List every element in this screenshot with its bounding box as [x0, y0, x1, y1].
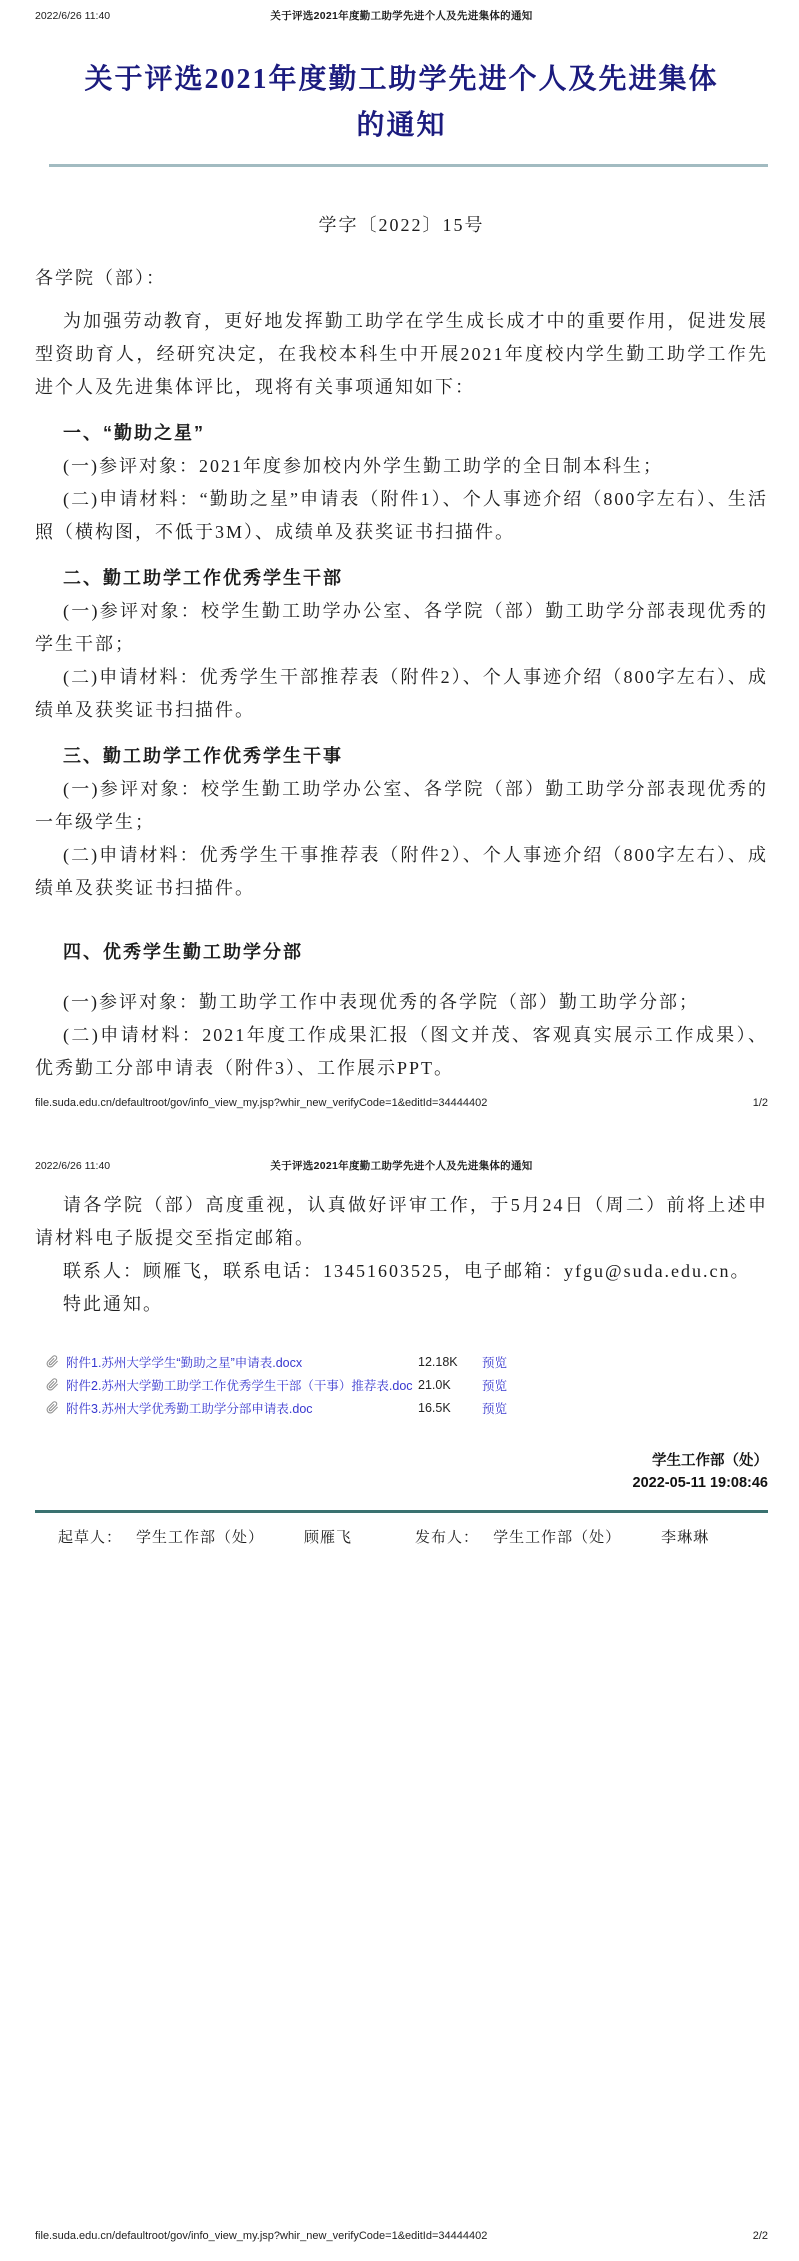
- section-4-heading: 四、优秀学生勤工助学分部: [35, 936, 768, 969]
- publisher-department: 学生工作部（处）: [493, 1526, 621, 1547]
- document-title-line1: 关于评选2021年度勤工助学先进个人及先进集体: [35, 57, 768, 103]
- print-preview-document: { "chrome": { "print_date": "2022/6/26 1…: [0, 0, 799, 2261]
- title-divider: [49, 164, 768, 167]
- preview-link[interactable]: 预览: [482, 1399, 507, 1417]
- drafter-label: 起草人：: [58, 1526, 122, 1547]
- section-2-item-1: (一)参评对象：校学生勤工助学办公室、各学院（部）勤工助学分部表现优秀的学生干部…: [35, 595, 768, 661]
- signature-divider: [35, 1510, 768, 1513]
- document-title: 关于评选2021年度勤工助学先进个人及先进集体 的通知: [35, 57, 768, 149]
- draft-publish-meta: 起草人： 学生工作部（处） 顾雁飞 发布人： 学生工作部（处） 李琳琳: [35, 1526, 768, 1547]
- page-number: 1/2: [753, 1097, 768, 1109]
- document-number: 学字〔2022〕15号: [35, 211, 768, 237]
- publisher-name: 李琳琳: [661, 1526, 709, 1547]
- page-number: 2/2: [753, 2230, 768, 2242]
- publisher-label: 发布人：: [415, 1526, 479, 1547]
- signature-block: 学生工作部（处） 2022-05-11 19:08:46: [35, 1450, 768, 1494]
- section-1-item-1: (一)参评对象：2021年度参加校内外学生勤工助学的全日制本科生；: [35, 450, 768, 483]
- print-header-page1: 2022/6/26 11:40 关于评选2021年度勤工助学先进个人及先进集体的…: [35, 0, 768, 23]
- attachment-size: 21.0K: [418, 1378, 480, 1392]
- drafter-name: 顾雁飞: [304, 1526, 352, 1547]
- section-3-heading: 三、勤工助学工作优秀学生干事: [35, 740, 768, 773]
- print-footer-page2: file.suda.edu.cn/defaultroot/gov/info_vi…: [35, 2230, 768, 2242]
- section-4-item-2: (二)申请材料：2021年度工作成果汇报（图文并茂、客观真实展示工作成果）、优秀…: [35, 1019, 768, 1085]
- page-1: 2022/6/26 11:40 关于评选2021年度勤工助学先进个人及先进集体的…: [0, 0, 799, 1085]
- attachment-size: 12.18K: [418, 1355, 480, 1369]
- closing-paragraph: 请各学院（部）高度重视，认真做好评审工作，于5月24日（周二）前将上述申请材料电…: [35, 1189, 768, 1255]
- attachment-list: 附件1.苏州大学学生“勤助之星”申请表.docx 12.18K 预览 附件2.苏…: [35, 1350, 768, 1419]
- preview-link[interactable]: 预览: [482, 1376, 507, 1394]
- preview-link[interactable]: 预览: [482, 1353, 507, 1371]
- attachment-link[interactable]: 附件3.苏州大学优秀勤工助学分部申请表.doc: [66, 1399, 418, 1417]
- print-header-page2: 2022/6/26 11:40 关于评选2021年度勤工助学先进个人及先进集体的…: [35, 1150, 768, 1173]
- paperclip-icon: [46, 1401, 59, 1414]
- attachment-link[interactable]: 附件1.苏州大学学生“勤助之星”申请表.docx: [66, 1353, 418, 1371]
- intro-paragraph: 为加强劳动教育，更好地发挥勤工助学在学生成长成才中的重要作用，促进发展型资助育人…: [35, 305, 768, 404]
- document-title-line2: 的通知: [35, 103, 768, 149]
- print-date: 2022/6/26 11:40: [35, 10, 205, 22]
- print-footer-page1: file.suda.edu.cn/defaultroot/gov/info_vi…: [35, 1097, 768, 1109]
- paperclip-icon: [46, 1378, 59, 1391]
- attachment-size: 16.5K: [418, 1401, 480, 1415]
- attachment-row: 附件3.苏州大学优秀勤工助学分部申请表.doc 16.5K 预览: [46, 1396, 768, 1419]
- contact-line: 联系人：顾雁飞，联系电话：13451603525，电子邮箱：yfgu@suda.…: [35, 1255, 768, 1288]
- section-4-item-1: (一)参评对象：勤工助学工作中表现优秀的各学院（部）勤工助学分部；: [35, 986, 768, 1019]
- section-2-item-2: (二)申请材料：优秀学生干部推荐表（附件2）、个人事迹介绍（800字左右）、成绩…: [35, 661, 768, 727]
- signature-department: 学生工作部（处）: [35, 1450, 768, 1472]
- attachment-row: 附件1.苏州大学学生“勤助之星”申请表.docx 12.18K 预览: [46, 1350, 768, 1373]
- signature-datetime: 2022-05-11 19:08:46: [35, 1472, 768, 1494]
- section-2-heading: 二、勤工助学工作优秀学生干部: [35, 562, 768, 595]
- attachment-row: 附件2.苏州大学勤工助学工作优秀学生干部（干事）推荐表.doc 21.0K 预览: [46, 1373, 768, 1396]
- print-header-title: 关于评选2021年度勤工助学先进个人及先进集体的通知: [205, 1158, 598, 1173]
- section-1-item-2: (二)申请材料：“勤助之星”申请表（附件1）、个人事迹介绍（800字左右）、生活…: [35, 483, 768, 549]
- section-1-heading: 一、“勤助之星”: [35, 417, 768, 450]
- print-date: 2022/6/26 11:40: [35, 1160, 205, 1172]
- section-3-item-2: (二)申请材料：优秀学生干事推荐表（附件2）、个人事迹介绍（800字左右）、成绩…: [35, 839, 768, 905]
- paperclip-icon: [46, 1355, 59, 1368]
- print-footer-url: file.suda.edu.cn/defaultroot/gov/info_vi…: [35, 2230, 487, 2242]
- notice-end: 特此通知。: [35, 1288, 768, 1321]
- print-header-title: 关于评选2021年度勤工助学先进个人及先进集体的通知: [205, 8, 598, 23]
- attachment-link[interactable]: 附件2.苏州大学勤工助学工作优秀学生干部（干事）推荐表.doc: [66, 1376, 418, 1394]
- print-footer-url: file.suda.edu.cn/defaultroot/gov/info_vi…: [35, 1097, 487, 1109]
- page-2: 2022/6/26 11:40 关于评选2021年度勤工助学先进个人及先进集体的…: [0, 1150, 799, 1547]
- drafter-department: 学生工作部（处）: [136, 1526, 264, 1547]
- section-3-item-1: (一)参评对象：校学生勤工助学办公室、各学院（部）勤工助学分部表现优秀的一年级学…: [35, 773, 768, 839]
- salutation: 各学院（部）：: [35, 262, 768, 295]
